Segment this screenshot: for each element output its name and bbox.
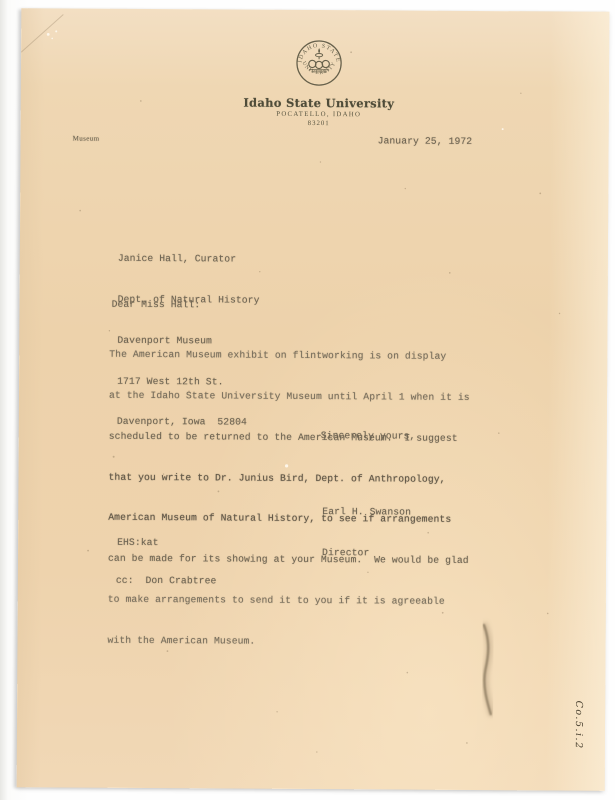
letter-paper: IDAHO STATE UNIVERSITY Idaho State Unive… — [17, 8, 610, 791]
salutation: Dear Miss Hall: — [112, 298, 201, 312]
catalog-notation: Co.5.i.2 — [573, 701, 584, 750]
smudge-mark — [483, 623, 493, 716]
body-line: that you write to Dr. Junius Bird, Dept.… — [108, 470, 469, 486]
body-line: American Museum of Natural History, to s… — [108, 511, 469, 527]
body-line: at the Idaho State University Museum unt… — [109, 389, 470, 405]
university-seal-icon: IDAHO STATE UNIVERSITY — [295, 39, 343, 87]
closing: Sincerely yours, — [321, 429, 416, 443]
signature-block: Earl H. Swanson Director — [322, 478, 411, 587]
paper-crease — [21, 14, 63, 52]
recipient-line: Janice Hall, Curator — [118, 252, 260, 266]
cc-line: cc: Don Crabtree — [116, 574, 217, 588]
body-line: with the American Museum. — [107, 633, 468, 649]
body-line: can be made for its showing at your Muse… — [108, 552, 469, 568]
body-line: The American Museum exhibit on flintwork… — [109, 348, 470, 364]
letterhead-department: Museum — [73, 135, 100, 143]
signature-title: Director — [322, 546, 411, 560]
body-line: to make arrangements to send it to you i… — [108, 593, 469, 609]
letterhead-zip: 83201 — [29, 118, 609, 129]
typist-reference: EHS:kat — [117, 536, 158, 550]
letter-body: The American Museum exhibit on flintwork… — [107, 321, 470, 677]
signature-name: Earl H. Swanson — [322, 505, 411, 519]
date-line: January 25, 1972 — [378, 134, 473, 148]
